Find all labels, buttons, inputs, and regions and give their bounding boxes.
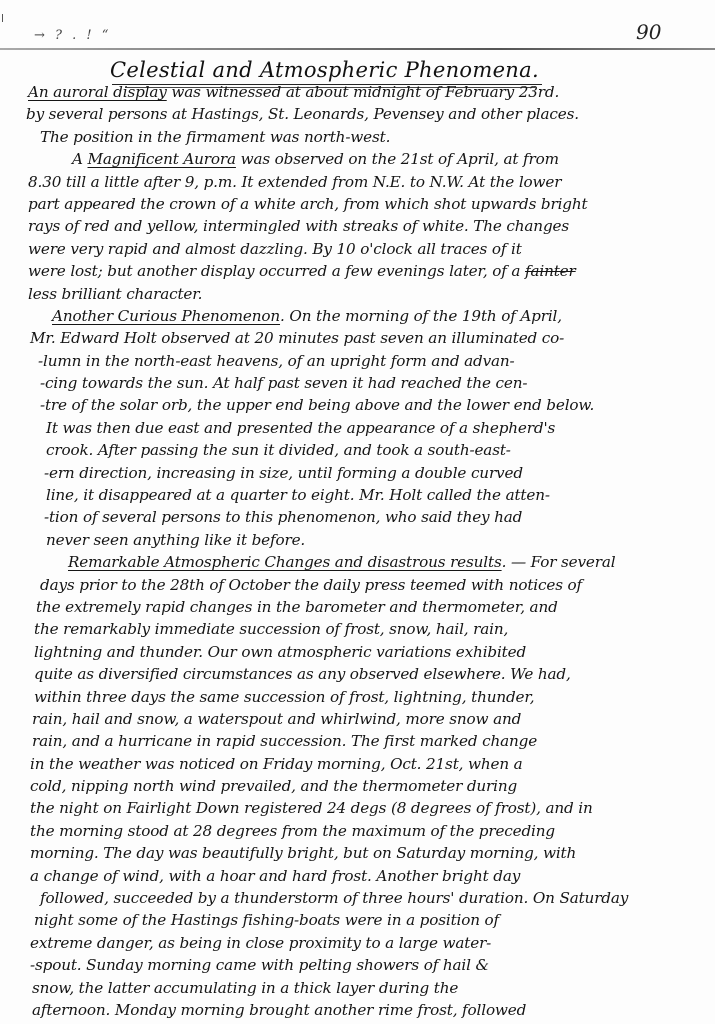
manuscript-line: followed, succeeded by a thunderstorm of… xyxy=(40,887,715,909)
manuscript-line: night some of the Hastings fishing-boats… xyxy=(34,909,714,931)
manuscript-line: by several persons at Hastings, St. Leon… xyxy=(26,103,706,125)
line-text: rays of red and yellow, intermingled wit… xyxy=(28,217,569,235)
line-text: was witnessed at about midnight of Febru… xyxy=(167,83,559,101)
line-text: never seen anything like it before. xyxy=(46,531,305,549)
manuscript-line: within three days the same succession of… xyxy=(34,686,714,708)
manuscript-line: extreme danger, as being in close proxim… xyxy=(30,932,710,954)
manuscript-line: rain, and a hurricane in rapid successio… xyxy=(32,730,712,752)
line-text: -tre of the solar orb, the upper end bei… xyxy=(40,396,594,414)
manuscript-line: the remarkably immediate succession of f… xyxy=(34,618,714,640)
manuscript-line: -cing towards the sun. At half past seve… xyxy=(40,372,715,394)
line-text: night some of the Hastings fishing-boats… xyxy=(34,911,499,929)
line-text: part appeared the crown of a white arch,… xyxy=(28,195,587,213)
manuscript-line: rays of red and yellow, intermingled wit… xyxy=(28,215,708,237)
page-title: Celestial and Atmospheric Phenomena. xyxy=(110,58,539,82)
manuscript-page: → ? . ! “ 90 Celestial and Atmospheric P… xyxy=(0,0,715,1024)
manuscript-line: days prior to the 28th of October the da… xyxy=(40,574,715,596)
manuscript-line: -tre of the solar orb, the upper end bei… xyxy=(40,394,715,416)
manuscript-line: cold, nipping north wind prevailed, and … xyxy=(30,775,710,797)
manuscript-line: Mr. Edward Holt observed at 20 minutes p… xyxy=(30,327,710,349)
underlined-heading: Remarkable Atmospheric Changes and disas… xyxy=(68,553,502,571)
manuscript-line: the morning stood at 28 degrees from the… xyxy=(30,820,710,842)
line-text: were very rapid and almost dazzling. By … xyxy=(28,240,522,258)
line-text: -tion of several persons to this phenome… xyxy=(44,508,522,526)
manuscript-line: morning. The day was beautifully bright,… xyxy=(30,842,710,864)
line-text: The position in the firmament was north-… xyxy=(40,128,390,146)
manuscript-line: lightning and thunder. Our own atmospher… xyxy=(34,641,714,663)
manuscript-line: afternoon. Monday morning brought anothe… xyxy=(32,999,712,1021)
manuscript-line: -lumn in the north-east heavens, of an u… xyxy=(38,350,715,372)
line-text: . On the morning of the 19th of April, xyxy=(280,307,562,325)
underlined-heading: An auroral display xyxy=(28,83,167,101)
line-text: was observed on the 21st of April, at fr… xyxy=(236,150,559,168)
line-text: -cing towards the sun. At half past seve… xyxy=(40,374,527,392)
manuscript-line: snow, the latter accumulating in a thick… xyxy=(32,977,712,999)
line-text: the morning stood at 28 degrees from the… xyxy=(30,822,555,840)
corner-mark xyxy=(2,14,3,22)
line-text: within three days the same succession of… xyxy=(34,688,535,706)
line-text: the night on Fairlight Down registered 2… xyxy=(30,799,593,817)
line-text: morning. The day was beautifully bright,… xyxy=(30,844,576,862)
manuscript-line: were very rapid and almost dazzling. By … xyxy=(28,238,708,260)
manuscript-line: -spout. Sunday morning came with pelting… xyxy=(30,954,710,976)
manuscript-line: rain, hail and snow, a waterspout and wh… xyxy=(32,708,712,730)
line-text: rain, hail and snow, a waterspout and wh… xyxy=(32,710,521,728)
line-text: less brilliant character. xyxy=(28,285,202,303)
manuscript-line: part appeared the crown of a white arch,… xyxy=(28,193,708,215)
line-text: days prior to the 28th of October the da… xyxy=(40,576,582,594)
manuscript-line: A Magnificent Aurora was observed on the… xyxy=(72,148,715,170)
line-text: by several persons at Hastings, St. Leon… xyxy=(26,105,579,123)
manuscript-line: -ern direction, increasing in size, unti… xyxy=(44,462,715,484)
line-text: rain, and a hurricane in rapid successio… xyxy=(32,732,537,750)
manuscript-line: the night on Fairlight Down registered 2… xyxy=(30,797,710,819)
manuscript-line: crook. After passing the sun it divided,… xyxy=(46,439,715,461)
manuscript-line: -tion of several persons to this phenome… xyxy=(44,506,715,528)
line-text: A xyxy=(72,150,88,168)
line-text: cold, nipping north wind prevailed, and … xyxy=(30,777,517,795)
page-number: 90 xyxy=(636,20,661,44)
line-text: 8.30 till a little after 9, p.m. It exte… xyxy=(28,173,561,191)
underlined-heading: Magnificent Aurora xyxy=(88,150,236,168)
header-marks: → ? . ! “ xyxy=(34,28,111,43)
line-text: . — For several xyxy=(502,553,616,571)
line-text: It was then due east and presented the a… xyxy=(46,419,555,437)
line-text: in the weather was noticed on Friday mor… xyxy=(30,755,523,773)
line-text: a change of wind, with a hoar and hard f… xyxy=(30,867,520,885)
manuscript-line: in the weather was noticed on Friday mor… xyxy=(30,753,710,775)
manuscript-line: less brilliant character. xyxy=(28,283,708,305)
line-text: quite as diversified circumstances as an… xyxy=(34,665,571,683)
manuscript-line: a change of wind, with a hoar and hard f… xyxy=(30,865,710,887)
manuscript-line: An auroral display was witnessed at abou… xyxy=(28,81,708,103)
manuscript-line: line, it disappeared at a quarter to eig… xyxy=(46,484,715,506)
line-text: extreme danger, as being in close proxim… xyxy=(30,934,491,952)
manuscript-line: It was then due east and presented the a… xyxy=(46,417,715,439)
manuscript-line: 8.30 till a little after 9, p.m. It exte… xyxy=(28,171,708,193)
line-text: were lost; but another display occurred … xyxy=(28,262,525,280)
line-text: the remarkably immediate succession of f… xyxy=(34,620,508,638)
manuscript-line: Remarkable Atmospheric Changes and disas… xyxy=(68,551,715,573)
line-text: Mr. Edward Holt observed at 20 minutes p… xyxy=(30,329,564,347)
struck-word: fainter xyxy=(525,262,576,280)
manuscript-line: were lost; but another display occurred … xyxy=(28,260,708,282)
line-text: line, it disappeared at a quarter to eig… xyxy=(46,486,550,504)
manuscript-line: The position in the firmament was north-… xyxy=(40,126,715,148)
line-text: followed, succeeded by a thunderstorm of… xyxy=(40,889,628,907)
manuscript-line: never seen anything like it before. xyxy=(46,529,715,551)
header-rule xyxy=(0,48,715,50)
manuscript-line: Another Curious Phenomenon. On the morni… xyxy=(52,305,715,327)
line-text: lightning and thunder. Our own atmospher… xyxy=(34,643,526,661)
line-text: the extremely rapid changes in the barom… xyxy=(36,598,558,616)
manuscript-line: quite as diversified circumstances as an… xyxy=(34,663,714,685)
line-text: crook. After passing the sun it divided,… xyxy=(46,441,511,459)
line-text: -ern direction, increasing in size, unti… xyxy=(44,464,523,482)
manuscript-line: the extremely rapid changes in the barom… xyxy=(36,596,715,618)
underlined-heading: Another Curious Phenomenon xyxy=(52,307,280,325)
line-text: -lumn in the north-east heavens, of an u… xyxy=(38,352,515,370)
